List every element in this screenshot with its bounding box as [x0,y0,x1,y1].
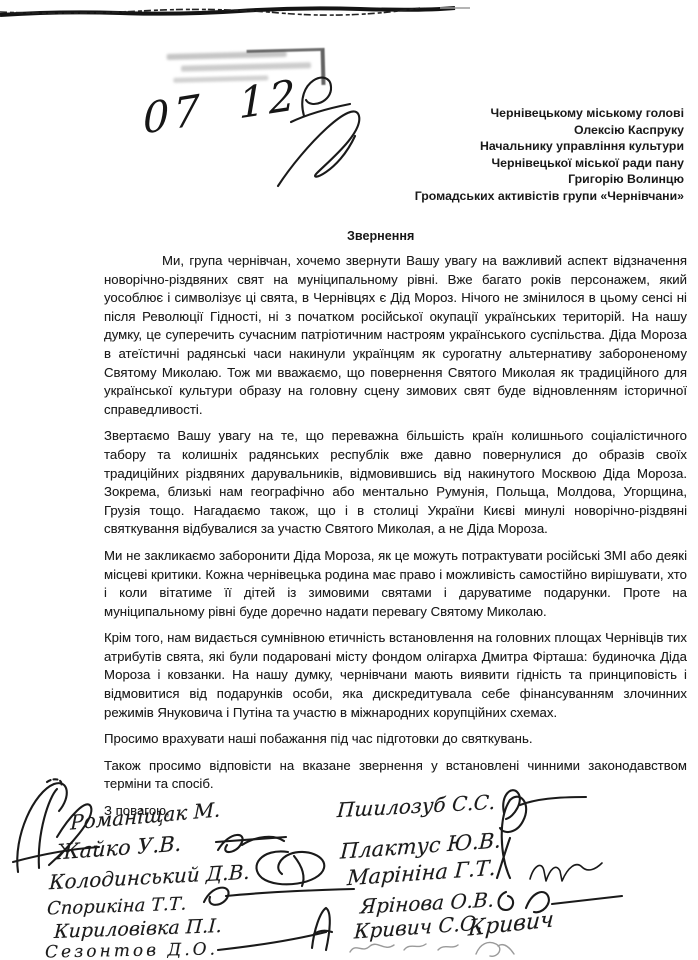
recipient-line: Григорію Волинцю [415,171,684,188]
recipients-block: Чернівецькому міському голові Олексію Ка… [415,105,684,204]
paragraph: Також просимо відповісти на вказане звер… [104,757,687,794]
paragraph: Просимо врахувати наші побажання під час… [104,730,687,749]
document-title: Звернення [347,229,414,243]
scanned-letter-page: 07 12 Чернівецькому міському голові Олек… [0,0,698,960]
official-signature-squiggle [258,60,376,192]
recipient-line: Громадських активістів групи «Чернівчани… [415,188,684,205]
signature-flourish [214,902,336,956]
signature-name: Кириловівка П.І. [53,915,222,943]
scan-artifact-line [0,0,520,24]
recipient-line: Чернівецькому міському голові [415,105,684,122]
paragraph: Ми не закликаємо заборонити Діда Мороза,… [104,547,687,621]
recipient-line: Чернівецької міської ради пану [415,155,684,172]
signature-illegible [346,938,536,960]
paragraph: Звертаємо Вашу увагу на те, що переважна… [104,427,687,539]
recipient-line: Начальнику управління культури [415,138,684,155]
signature-name: Спорикіна Т.Т. [46,894,187,920]
paragraph: Крім того, нам видається сумнівною етичн… [104,629,687,722]
paragraph: Ми, група чернівчан, хочемо звернути Ваш… [104,252,687,419]
letter-body: Ми, група чернівчан, хочемо звернути Ваш… [104,252,687,829]
signature-name: Сезонтов Д.О. [45,939,218,960]
recipient-line: Олексію Каспруку [415,122,684,139]
